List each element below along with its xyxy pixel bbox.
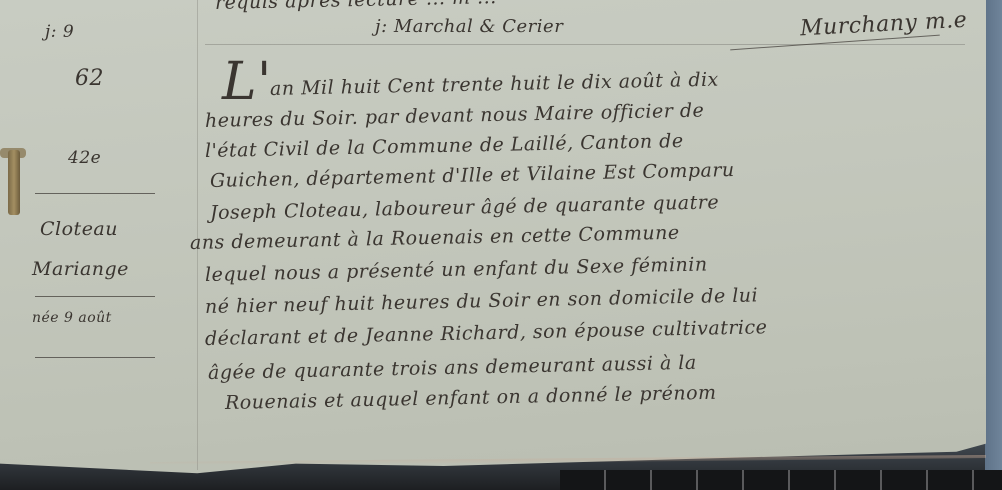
margin-folio-number: 62: [75, 66, 104, 91]
body-line-7: lequel nous a présenté un enfant du Sexe…: [205, 253, 708, 286]
body-line-8: né hier neuf huit heures du Soir en son …: [205, 284, 759, 318]
binding-thread: [8, 150, 20, 215]
body-line-11: Rouenais et auquel enfant on a donné le …: [225, 382, 717, 414]
body-line-2: heures du Soir. par devant nous Maire of…: [205, 100, 705, 132]
cutting-mat-grid: [560, 470, 1002, 490]
margin-surname: Cloteau: [40, 218, 118, 240]
entry-separator: [205, 44, 965, 45]
margin-given-name: Mariange: [32, 258, 129, 280]
entry-initial-letter: L': [222, 52, 272, 112]
witnesses-signature: j: Marchal & Cerier: [375, 16, 563, 37]
body-line-1: an Mil huit Cent trente huit le dix août…: [270, 69, 719, 100]
margin-divider: [35, 193, 155, 194]
blue-backing-edge: [985, 0, 1002, 470]
previous-entry-closing-line: requis après lecture ... m ...: [215, 0, 497, 14]
body-line-3: l'état Civil de la Commune de Laillé, Ca…: [205, 130, 684, 162]
mayor-signature: Murchany m.e: [799, 8, 967, 42]
margin-divider: [35, 296, 155, 297]
body-line-9: déclarant et de Jeanne Richard, son épou…: [205, 316, 768, 350]
margin-entry-number: 42e: [68, 148, 101, 168]
margin-birth-date: née 9 août: [32, 310, 112, 326]
body-line-5: Joseph Cloteau, laboureur âgé de quarant…: [210, 191, 720, 224]
margin-reference: j: 9: [45, 22, 74, 42]
register-page: requis après lecture ... m ... j: Marcha…: [0, 0, 986, 478]
body-line-4: Guichen, département d'Ille et Vilaine E…: [210, 159, 735, 192]
body-line-6: ans demeurant à la Rouenais en cette Com…: [190, 222, 680, 254]
body-line-10: âgée de quarante trois ans demeurant aus…: [208, 352, 697, 384]
margin-divider: [35, 357, 155, 358]
